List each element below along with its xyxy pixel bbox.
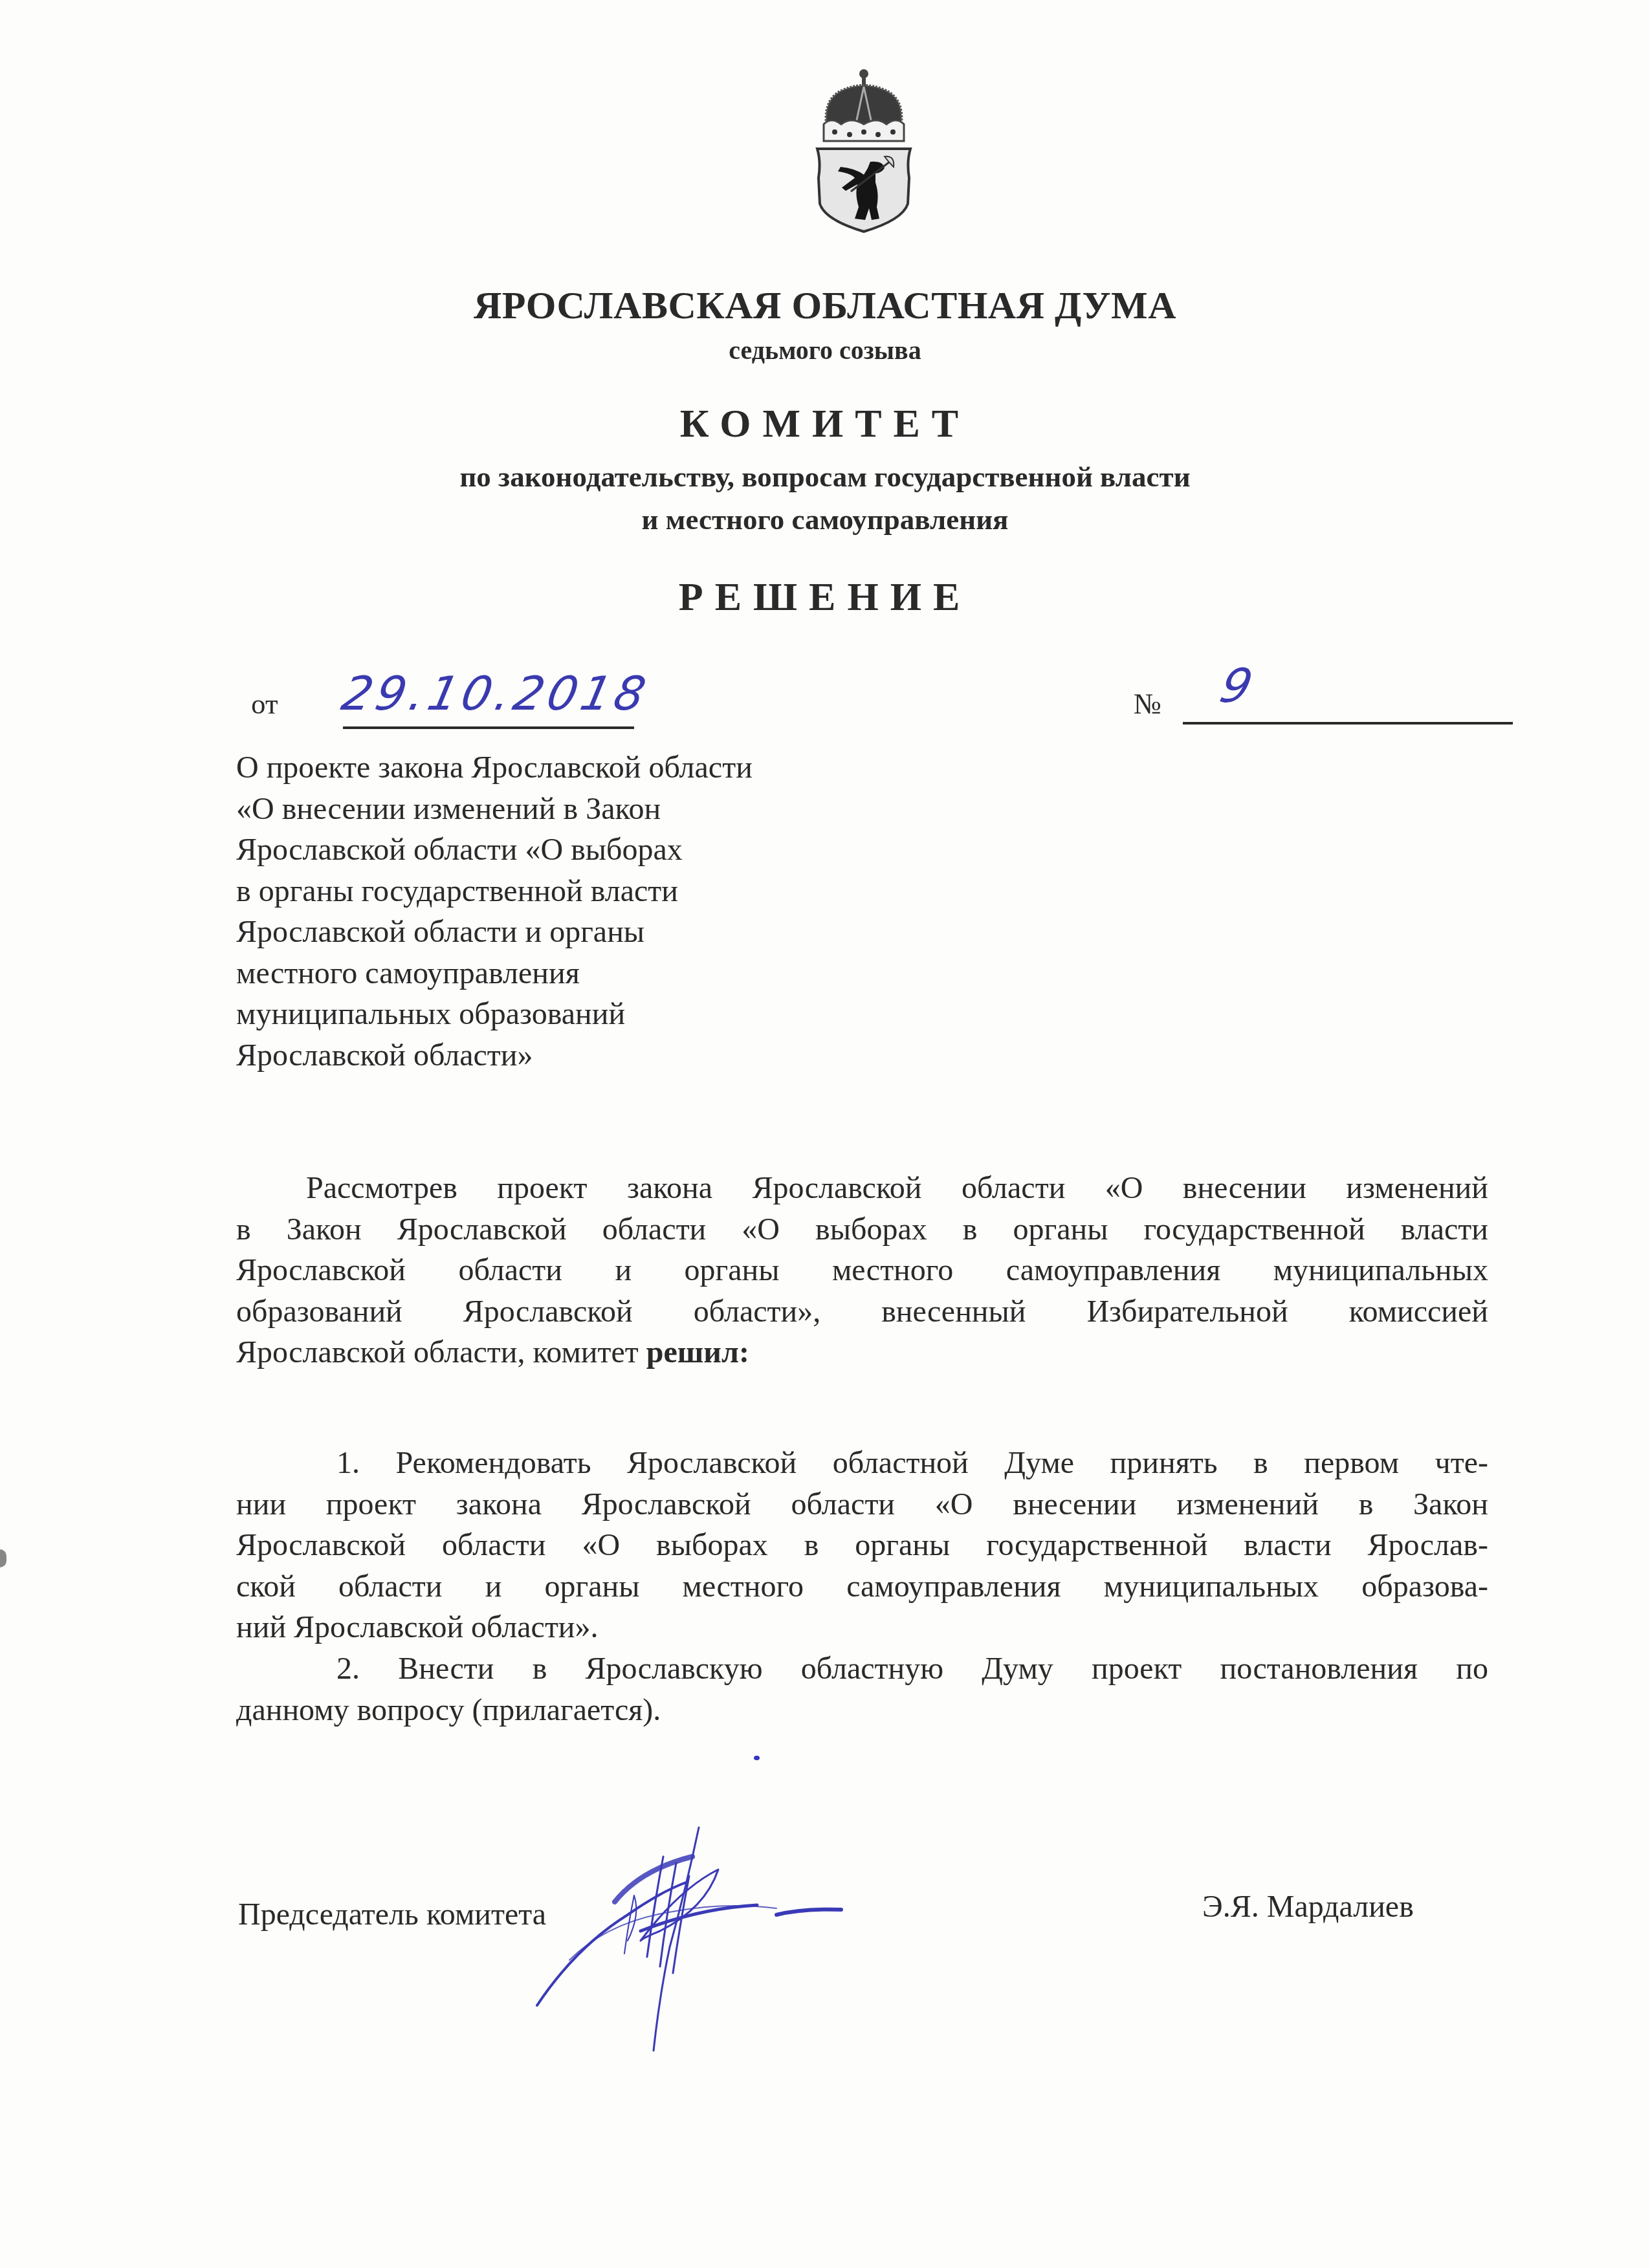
document-subject: О проекте закона Ярославской области «О … [236, 747, 948, 1076]
committee-description-line1: по законодательству, вопросам государств… [0, 455, 1650, 498]
paragraph-line: нии проект закона Ярославской области «О… [236, 1484, 1488, 1525]
decision-item-2: 2. Внести в Ярославскую областную Думу п… [236, 1648, 1488, 1730]
paragraph-line: ний Ярославской области». [236, 1607, 1488, 1648]
number-value-handwritten: 9 [1215, 659, 1259, 713]
committee-title: КОМИТЕТ [0, 401, 1650, 447]
signatory-role: Председатель комитета [238, 1897, 546, 1932]
paragraph-line: 2. Внести в Ярославскую областную Думу п… [236, 1648, 1488, 1690]
paragraph-line: данному вопросу (прилагается). [236, 1690, 1488, 1731]
decision-item-1: 1. Рекомендовать Ярославской областной Д… [236, 1443, 1488, 1648]
intro-paragraph: Рассмотрев проект закона Ярославской обл… [236, 1168, 1488, 1373]
date-label: от [251, 687, 278, 721]
subject-line: О проекте закона Ярославской области [236, 747, 948, 789]
coat-of-arms-icon [812, 65, 916, 233]
paragraph-line: образований Ярославской области», внесен… [236, 1291, 1488, 1333]
subject-line: местного самоуправления [236, 953, 948, 994]
paragraph-line: Ярославской области «О выборах в органы … [236, 1525, 1488, 1566]
decided-keyword: решил: [646, 1335, 749, 1369]
paragraph-text: Ярославской области, комитет [236, 1335, 646, 1369]
subject-line: Ярославской области «О выборах [236, 829, 948, 871]
signatory-name: Э.Я. Мардалиев [1202, 1889, 1414, 1925]
paragraph-line: Рассмотрев проект закона Ярославской обл… [236, 1168, 1488, 1209]
handwritten-signature-icon [531, 1818, 893, 2077]
subject-line: муниципальных образований [236, 994, 948, 1035]
subject-line: «О внесении изменений в Закон [236, 789, 948, 830]
date-value-handwritten: 29.10.2018 [337, 666, 640, 721]
paragraph-line-final: Ярославской области, комитет решил: [236, 1332, 1488, 1373]
paragraph-line: 1. Рекомендовать Ярославской областной Д… [236, 1443, 1488, 1484]
subject-line: в органы государственной власти [236, 871, 948, 912]
organization-title: ЯРОСЛАВСКАЯ ОБЛАСТНАЯ ДУМА [0, 283, 1650, 328]
subject-line: Ярославской области и органы [236, 911, 948, 953]
date-underline [343, 726, 634, 729]
number-label: № [1134, 687, 1161, 721]
paragraph-line: Ярославской области и органы местного са… [236, 1250, 1488, 1291]
scan-hole-mark [0, 1549, 6, 1567]
ink-dot [754, 1756, 760, 1760]
committee-description-line2: и местного самоуправления [0, 498, 1650, 541]
paragraph-line: в Закон Ярославской области «О выборах в… [236, 1209, 1488, 1250]
document-type: РЕШЕНИЕ [0, 574, 1650, 620]
subject-line: Ярославской области» [236, 1035, 948, 1076]
number-underline [1183, 722, 1513, 725]
paragraph-line: ской области и органы местного самоуправ… [236, 1566, 1488, 1608]
convocation-subtitle: седьмого созыва [0, 335, 1650, 365]
committee-description: по законодательству, вопросам государств… [0, 455, 1650, 541]
